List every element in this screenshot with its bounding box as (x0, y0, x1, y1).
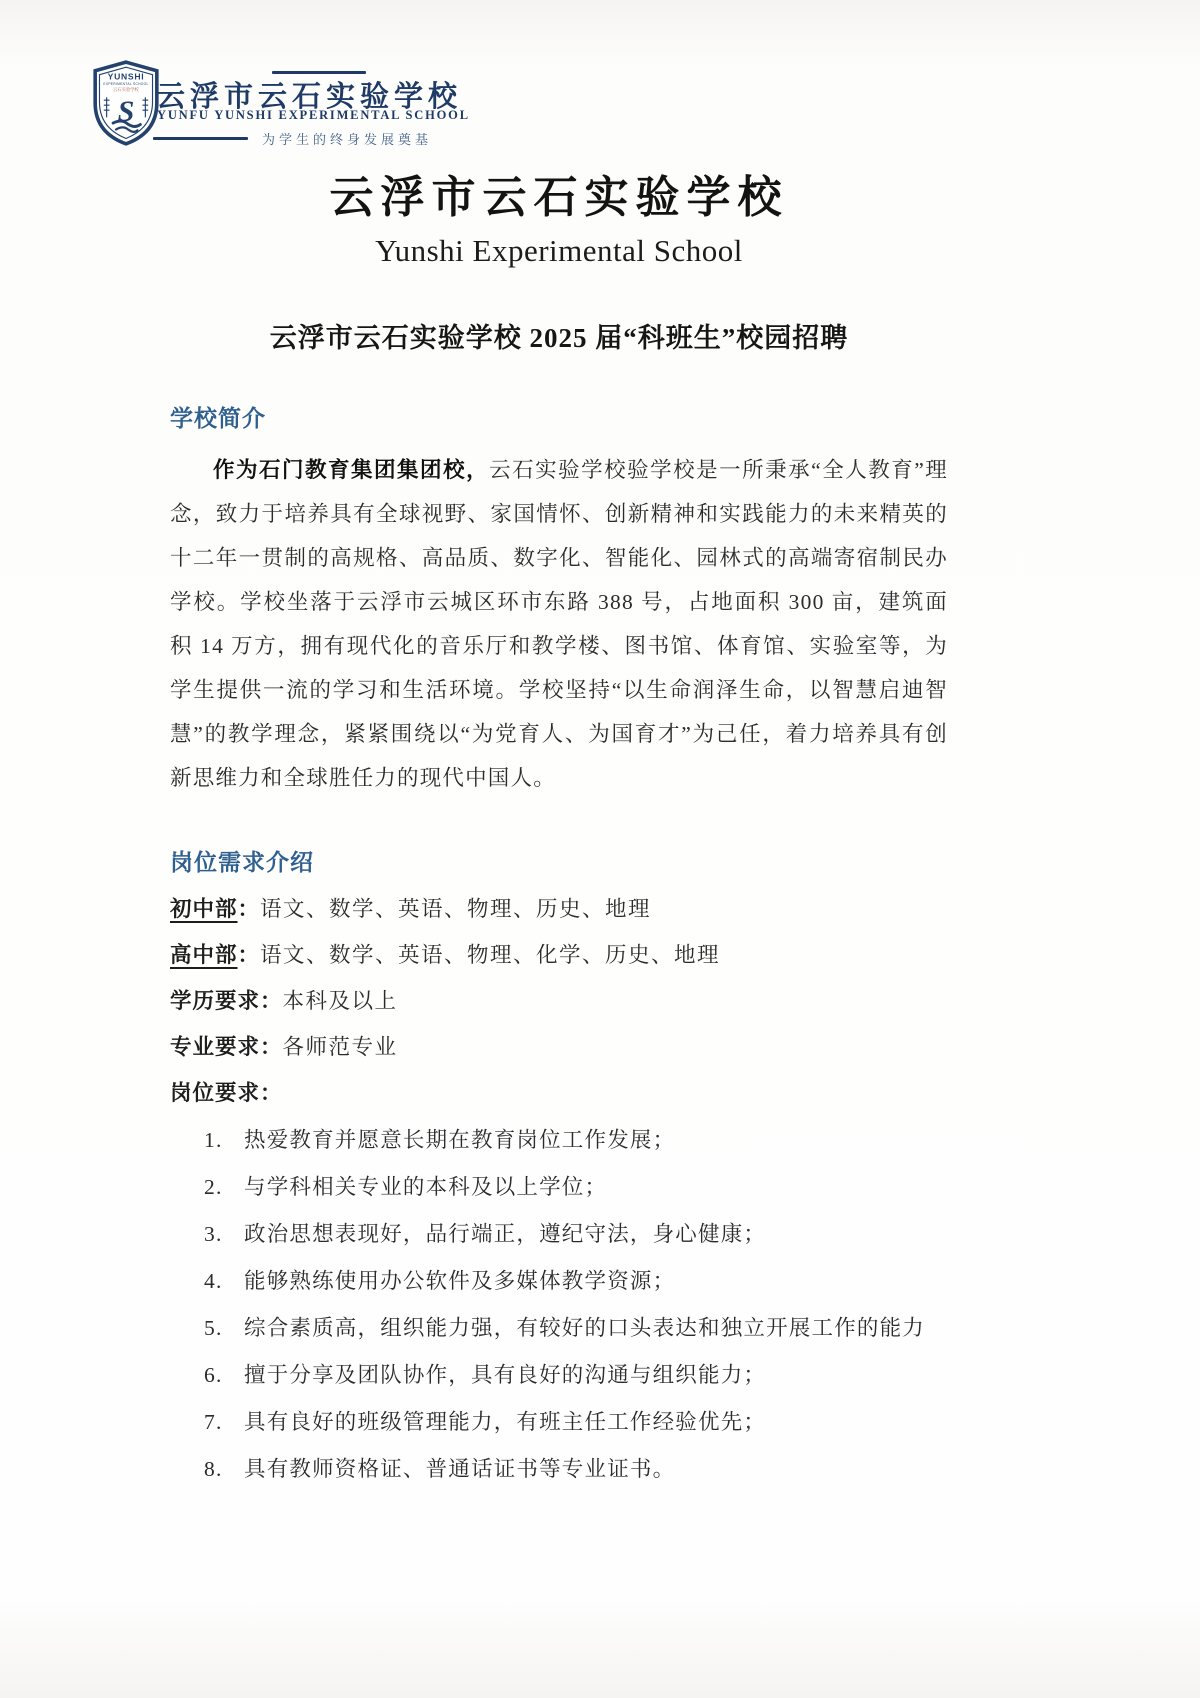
letterhead-rule-bottom (153, 137, 248, 140)
position-line-junior: 初中部：语文、数学、英语、物理、历史、地理 (170, 894, 948, 924)
letterhead-tagline: 为学生的终身发展奠基 (262, 129, 432, 148)
list-item-number: 7. (204, 1407, 244, 1437)
list-item: 3.政治思想表现好，品行端正，遵纪守法，身心健康； (170, 1219, 948, 1249)
position-label: 初中部 (170, 897, 238, 921)
recruitment-subtitle: 云浮市云石实验学校 2025 届“科班生”校园招聘 (170, 320, 948, 356)
list-item-number: 6. (204, 1360, 244, 1390)
list-item: 5.综合素质高，组织能力强，有较好的口头表达和独立开展工作的能力 (170, 1313, 948, 1343)
list-item: 6.擅于分享及团队协作，具有良好的沟通与组织能力； (170, 1360, 948, 1390)
position-line-senior: 高中部：语文、数学、英语、物理、化学、历史、地理 (170, 940, 948, 970)
school-intro-paragraph: 作为石门教育集团集团校，云石实验学校验学校是一所秉承“全人教育”理念，致力于培养… (170, 448, 948, 800)
list-item-text: 能够熟练使用办公软件及多媒体教学资源； (244, 1266, 948, 1296)
letterhead: YUNSHI EXPERIMENTAL SCHOOL 云石实验学校 S 云浮市云… (0, 0, 1200, 160)
position-label: 学历要求 (170, 989, 260, 1013)
position-label: 岗位要求 (170, 1081, 260, 1105)
list-item: 2.与学科相关专业的本科及以上学位； (170, 1172, 948, 1202)
position-colon: ： (238, 897, 261, 921)
section-heading-positions: 岗位需求介绍 (170, 848, 948, 878)
svg-text:EXPERIMENTAL SCHOOL: EXPERIMENTAL SCHOOL (103, 82, 148, 86)
svg-text:YUNSHI: YUNSHI (108, 71, 145, 81)
requirement-list: 1.热爱教育并愿意长期在教育岗位工作发展； 2.与学科相关专业的本科及以上学位；… (170, 1125, 948, 1484)
school-intro-lead: 作为石门教育集团集团校， (213, 458, 489, 482)
list-item: 8.具有教师资格证、普通话证书等专业证书。 (170, 1454, 948, 1484)
letterhead-school-name-en: YUNFU YUNSHI EXPERIMENTAL SCHOOL (157, 108, 470, 123)
svg-text:云石实验学校: 云石实验学校 (113, 86, 139, 93)
school-intro-body: 云石实验学校验学校是一所秉承“全人教育”理念，致力于培养具有全球视野、家国情怀、… (170, 458, 948, 790)
document-content: 云浮市云石实验学校 Yunshi Experimental School 云浮市… (170, 172, 948, 1484)
position-value: 本科及以上 (283, 989, 398, 1013)
position-line-major: 专业要求：各师范专业 (170, 1032, 948, 1062)
list-item-number: 8. (204, 1454, 244, 1484)
position-label: 高中部 (170, 943, 238, 967)
list-item-text: 擅于分享及团队协作，具有良好的沟通与组织能力； (244, 1360, 948, 1390)
list-item-number: 5. (204, 1313, 244, 1343)
list-item: 4.能够熟练使用办公软件及多媒体教学资源； (170, 1266, 948, 1296)
position-line-education: 学历要求：本科及以上 (170, 986, 948, 1016)
position-line-requirements: 岗位要求： (170, 1078, 948, 1108)
position-subjects: 语文、数学、英语、物理、历史、地理 (260, 897, 651, 921)
position-colon: ： (260, 1081, 283, 1105)
position-lines: 初中部：语文、数学、英语、物理、历史、地理 高中部：语文、数学、英语、物理、化学… (170, 894, 948, 1108)
list-item: 7.具有良好的班级管理能力，有班主任工作经验优先； (170, 1407, 948, 1437)
school-crest-icon: YUNSHI EXPERIMENTAL SCHOOL 云石实验学校 S (90, 60, 162, 146)
list-item-text: 综合素质高，组织能力强，有较好的口头表达和独立开展工作的能力 (244, 1313, 948, 1343)
section-heading-school-intro: 学校简介 (170, 404, 948, 434)
list-item-text: 与学科相关专业的本科及以上学位； (244, 1172, 948, 1202)
list-item-number: 2. (204, 1172, 244, 1202)
list-item-number: 4. (204, 1266, 244, 1296)
list-item-text: 具有良好的班级管理能力，有班主任工作经验优先； (244, 1407, 948, 1437)
position-colon: ： (238, 943, 261, 967)
position-colon: ： (260, 1035, 283, 1059)
list-item: 1.热爱教育并愿意长期在教育岗位工作发展； (170, 1125, 948, 1155)
document-page: YUNSHI EXPERIMENTAL SCHOOL 云石实验学校 S 云浮市云… (0, 0, 1200, 1698)
position-colon: ： (260, 989, 283, 1013)
position-value: 各师范专业 (283, 1035, 398, 1059)
list-item-text: 政治思想表现好，品行端正，遵纪守法，身心健康； (244, 1219, 948, 1249)
position-subjects: 语文、数学、英语、物理、化学、历史、地理 (260, 943, 720, 967)
page-title: 云浮市云石实验学校 (170, 172, 948, 224)
list-item-number: 3. (204, 1219, 244, 1249)
list-item-number: 1. (204, 1125, 244, 1155)
page-title-english: Yunshi Experimental School (170, 231, 948, 271)
list-item-text: 具有教师资格证、普通话证书等专业证书。 (244, 1454, 948, 1484)
position-label: 专业要求 (170, 1035, 260, 1059)
list-item-text: 热爱教育并愿意长期在教育岗位工作发展； (244, 1125, 948, 1155)
